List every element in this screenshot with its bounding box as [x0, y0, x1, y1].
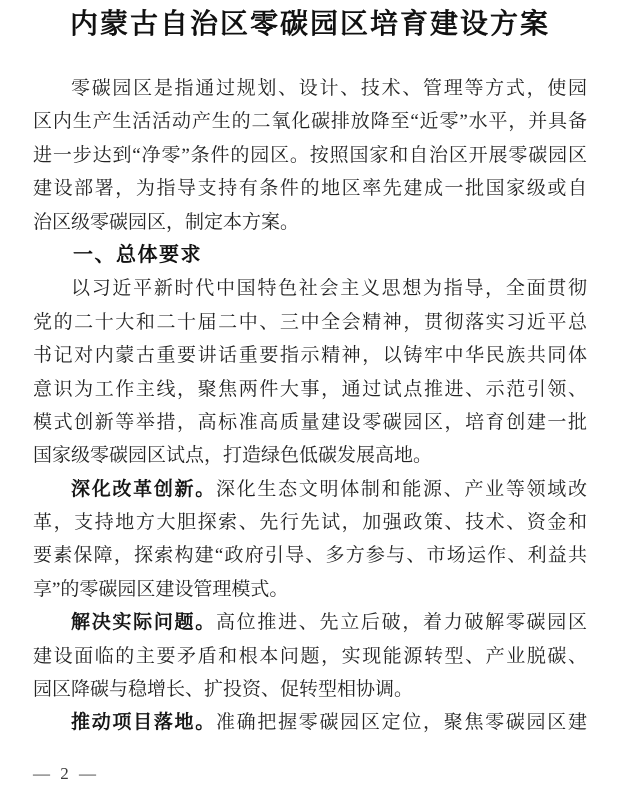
paragraph-line: 以习近平新时代中国特色社会主义思想为指导，全面贯彻: [33, 272, 587, 305]
document-title: 内蒙古自治区零碳园区培育建设方案: [33, 6, 587, 42]
paragraph-lead: 解决实际问题。: [71, 612, 216, 633]
paragraph-line: 建设面临的主要矛盾和根本问题，实现能源转型、产业脱碳、: [33, 640, 587, 673]
paragraph-line: 园区降碳与稳增长、扩投资、促转型相协调。: [33, 673, 587, 706]
paragraph-line: 书记对内蒙古重要讲话重要指示精神，以铸牢中华民族共同体: [33, 339, 587, 372]
paragraph-lead: 推动项目落地。: [71, 712, 216, 733]
document-body: 零碳园区是指通过规划、设计、技术、管理等方式，使园 区内生产生活活动产生的二氧化…: [33, 72, 587, 740]
paragraph-line-text: 高位推进、先立后破，着力破解零碳园区: [216, 612, 587, 633]
paragraph-line: 国家级零碳园区试点，打造绿色低碳发展高地。: [33, 439, 587, 472]
paragraph-line: 治区级零碳园区，制定本方案。: [33, 206, 587, 239]
section-heading: 一、总体要求: [33, 239, 587, 272]
paragraph-line-text: 深化生态文明体制和能源、产业等领域改: [216, 479, 587, 500]
paragraph-line: 深化改革创新。深化生态文明体制和能源、产业等领域改: [33, 473, 587, 506]
paragraph-line: 意识为工作主线，聚焦两件大事，通过试点推进、示范引领、: [33, 373, 587, 406]
paragraph-lead: 深化改革创新。: [71, 479, 216, 500]
page-number: — 2 —: [33, 764, 99, 784]
paragraph-line: 模式创新等举措，高标准高质量建设零碳园区，培育创建一批: [33, 406, 587, 439]
paragraph-line: 区内生产生活活动产生的二氧化碳排放降至“近零”水平，并具备: [33, 105, 587, 138]
paragraph-line: 零碳园区是指通过规划、设计、技术、管理等方式，使园: [33, 72, 587, 105]
paragraph-line: 享”的零碳园区建设管理模式。: [33, 573, 587, 606]
paragraph-line: 解决实际问题。高位推进、先立后破，着力破解零碳园区: [33, 606, 587, 639]
paragraph-line: 要素保障，探索构建“政府引导、多方参与、市场运作、利益共: [33, 539, 587, 572]
paragraph-line-text: 准确把握零碳园区定位，聚焦零碳园区建: [216, 712, 587, 733]
paragraph-line: 建设部署，为指导支持有条件的地区率先建成一批国家级或自: [33, 172, 587, 205]
paragraph-line: 党的二十大和二十届二中、三中全会精神，贯彻落实习近平总: [33, 306, 587, 339]
paragraph-line: 推动项目落地。准确把握零碳园区定位，聚焦零碳园区建: [33, 706, 587, 739]
paragraph-line: 进一步达到“净零”条件的园区。按照国家和自治区开展零碳园区: [33, 139, 587, 172]
document-page: 内蒙古自治区零碳园区培育建设方案 零碳园区是指通过规划、设计、技术、管理等方式，…: [0, 0, 620, 796]
paragraph-line: 革，支持地方大胆探索、先行先试，加强政策、技术、资金和: [33, 506, 587, 539]
